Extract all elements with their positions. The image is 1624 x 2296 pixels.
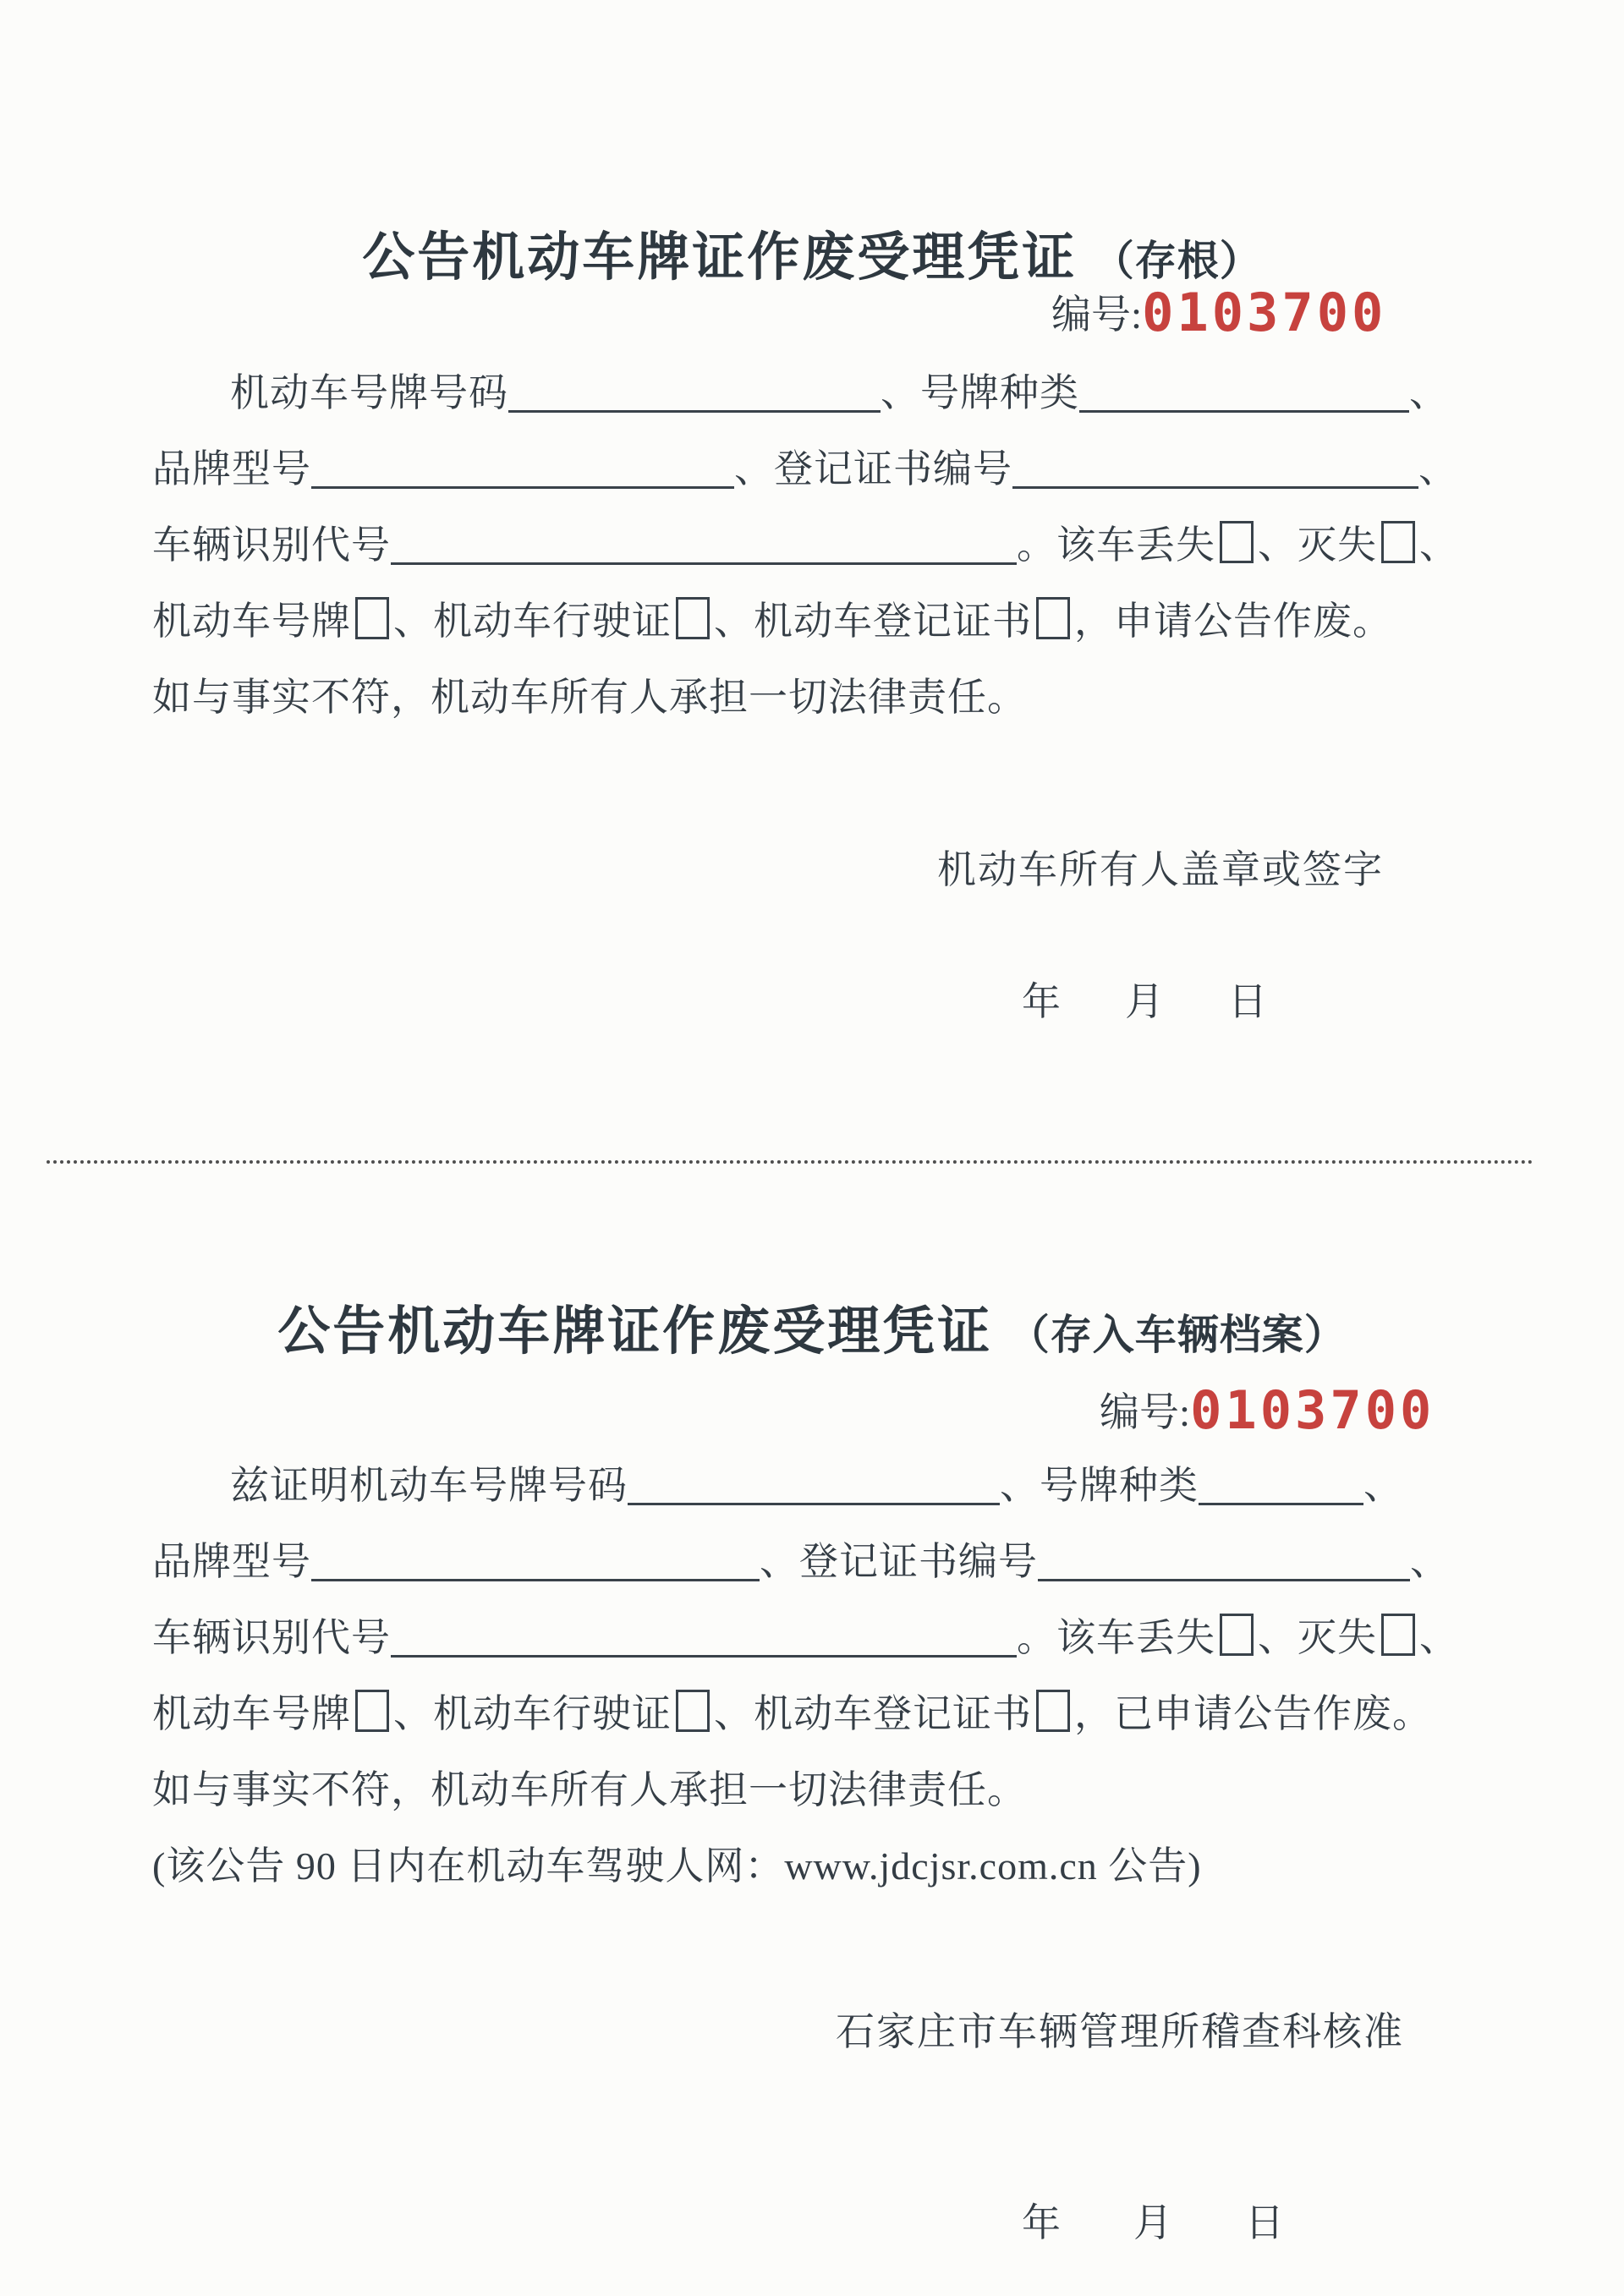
year-label: 年 xyxy=(1022,971,1061,1027)
form-text: 、机动车登记证书 xyxy=(714,1692,1032,1735)
day-label: 日 xyxy=(1245,2192,1284,2248)
form-blank xyxy=(391,1645,1017,1658)
form-text: 、号牌种类 xyxy=(881,371,1079,414)
archive-approver-caption: 石家庄市车辆管理所稽查科核准 xyxy=(836,2001,1404,2057)
form-text: 、机动车行驶证 xyxy=(393,600,672,643)
form-text: 、号牌种类 xyxy=(1000,1464,1199,1507)
day-label: 日 xyxy=(1228,971,1267,1027)
checkbox-mark xyxy=(355,597,389,639)
form-blank xyxy=(1199,1493,1363,1505)
stub-date-line: 年 月 日 xyxy=(1022,971,1267,1027)
form-text: 兹证明机动车号牌号码 xyxy=(230,1464,628,1507)
form-text: 品牌型号 xyxy=(152,1540,311,1583)
form-blank xyxy=(1079,400,1409,413)
form-text: (该公告 90 日内在机动车驾驶人网：www.jdcjsr.com.cn 公告) xyxy=(152,1844,1202,1888)
checkbox-mark xyxy=(1220,1614,1254,1656)
form-line: 品牌型号、登记证书编号、 xyxy=(152,1524,1489,1600)
form-text: 。该车丢失 xyxy=(1017,523,1215,567)
form-text: 、机动车行驶证 xyxy=(393,1692,672,1735)
form-line: 如与事实不符，机动车所有人承担一切法律责任。 xyxy=(152,660,1489,736)
form-text: 机动车号牌号码 xyxy=(230,371,508,414)
checkbox-mark xyxy=(1381,521,1415,563)
form-blank xyxy=(311,476,734,489)
stub-body: 机动车号牌号码、号牌种类、品牌型号、登记证书编号、车辆识别代号。该车丢失、灭失、… xyxy=(152,355,1489,736)
stub-title-note: （存根） xyxy=(1093,238,1262,284)
archive-title-note: （存入车辆档案） xyxy=(1008,1312,1347,1358)
form-blank xyxy=(508,400,881,413)
checkbox-mark xyxy=(676,1690,710,1732)
form-text: 品牌型号 xyxy=(152,447,311,490)
stub-sign-caption: 机动车所有人盖章或签字 xyxy=(937,839,1384,895)
form-text: 、机动车登记证书 xyxy=(714,600,1032,643)
form-text: 、 xyxy=(1419,523,1459,567)
archive-date-line: 年 月 日 xyxy=(1022,2192,1284,2248)
form-blank xyxy=(1012,476,1418,489)
form-line: (该公告 90 日内在机动车驾驶人网：www.jdcjsr.com.cn 公告) xyxy=(152,1828,1489,1904)
form-line: 机动车号牌、机动车行驶证、机动车登记证书，申请公告作废。 xyxy=(152,584,1489,660)
tear-off-dotted-line xyxy=(47,1160,1533,1164)
form-text: 如与事实不符，机动车所有人承担一切法律责任。 xyxy=(152,676,1027,719)
form-text: 车辆识别代号 xyxy=(152,523,391,567)
form-blank xyxy=(628,1493,1000,1505)
form-text: 、登记证书编号 xyxy=(734,447,1012,490)
form-line: 机动车号牌、机动车行驶证、机动车登记证书，已申请公告作废。 xyxy=(152,1676,1489,1752)
form-text: 、登记证书编号 xyxy=(760,1540,1038,1583)
form-text: ，已申请公告作废。 xyxy=(1074,1692,1432,1735)
form-text: 。该车丢失 xyxy=(1017,1616,1215,1659)
form-text: 、灭失 xyxy=(1258,523,1377,567)
form-line: 品牌型号、登记证书编号、 xyxy=(152,431,1489,507)
form-text: 、 xyxy=(1363,1464,1403,1507)
form-text: 、 xyxy=(1418,447,1458,490)
form-line: 兹证明机动车号牌号码、号牌种类、 xyxy=(152,1448,1489,1524)
stub-title-text: 公告机动车牌证作废受理凭证 xyxy=(362,229,1077,287)
form-text: 、 xyxy=(1409,371,1449,414)
form-text: 机动车号牌 xyxy=(152,600,351,643)
checkbox-mark xyxy=(1381,1614,1415,1656)
form-text: 、 xyxy=(1419,1616,1459,1659)
checkbox-mark xyxy=(1036,597,1070,639)
archive-title: 公告机动车牌证作废受理凭证 （存入车辆档案） xyxy=(0,1289,1624,1364)
archive-serial-number: 0103700 xyxy=(1190,1379,1435,1441)
scanned-form-page: 公告机动车牌证作废受理凭证 （存根） 编号:0103700 机动车号牌号码、号牌… xyxy=(0,0,1624,2296)
form-text: 、灭失 xyxy=(1258,1616,1377,1659)
month-label: 月 xyxy=(1133,2192,1172,2248)
form-line: 车辆识别代号。该车丢失、灭失、 xyxy=(152,1600,1489,1676)
checkbox-mark xyxy=(1036,1690,1070,1732)
form-text: 机动车号牌 xyxy=(152,1692,351,1735)
form-blank xyxy=(1038,1569,1410,1581)
form-blank xyxy=(311,1569,760,1581)
form-line: 车辆识别代号。该车丢失、灭失、 xyxy=(152,507,1489,584)
form-text: ，申请公告作废。 xyxy=(1074,600,1392,643)
stub-serial-number: 0103700 xyxy=(1142,282,1386,343)
stub-serial-row: 编号:0103700 xyxy=(1051,279,1386,341)
form-line: 如与事实不符，机动车所有人承担一切法律责任。 xyxy=(152,1752,1489,1828)
year-label: 年 xyxy=(1022,2192,1061,2248)
checkbox-mark xyxy=(676,597,710,639)
serial-label: 编号: xyxy=(1051,293,1142,337)
form-blank xyxy=(391,552,1017,565)
form-text: 、 xyxy=(1410,1540,1450,1583)
month-label: 月 xyxy=(1125,971,1164,1027)
checkbox-mark xyxy=(1220,521,1254,563)
checkbox-mark xyxy=(355,1690,389,1732)
archive-body: 兹证明机动车号牌号码、号牌种类、品牌型号、登记证书编号、车辆识别代号。该车丢失、… xyxy=(152,1448,1489,1904)
form-text: 如与事实不符，机动车所有人承担一切法律责任。 xyxy=(152,1768,1027,1811)
form-text: 车辆识别代号 xyxy=(152,1616,391,1659)
form-line: 机动车号牌号码、号牌种类、 xyxy=(152,355,1489,431)
archive-serial-row: 编号:0103700 xyxy=(1100,1377,1435,1438)
serial-label: 编号: xyxy=(1100,1391,1190,1435)
archive-title-text: 公告机动车牌证作废受理凭证 xyxy=(277,1303,992,1361)
